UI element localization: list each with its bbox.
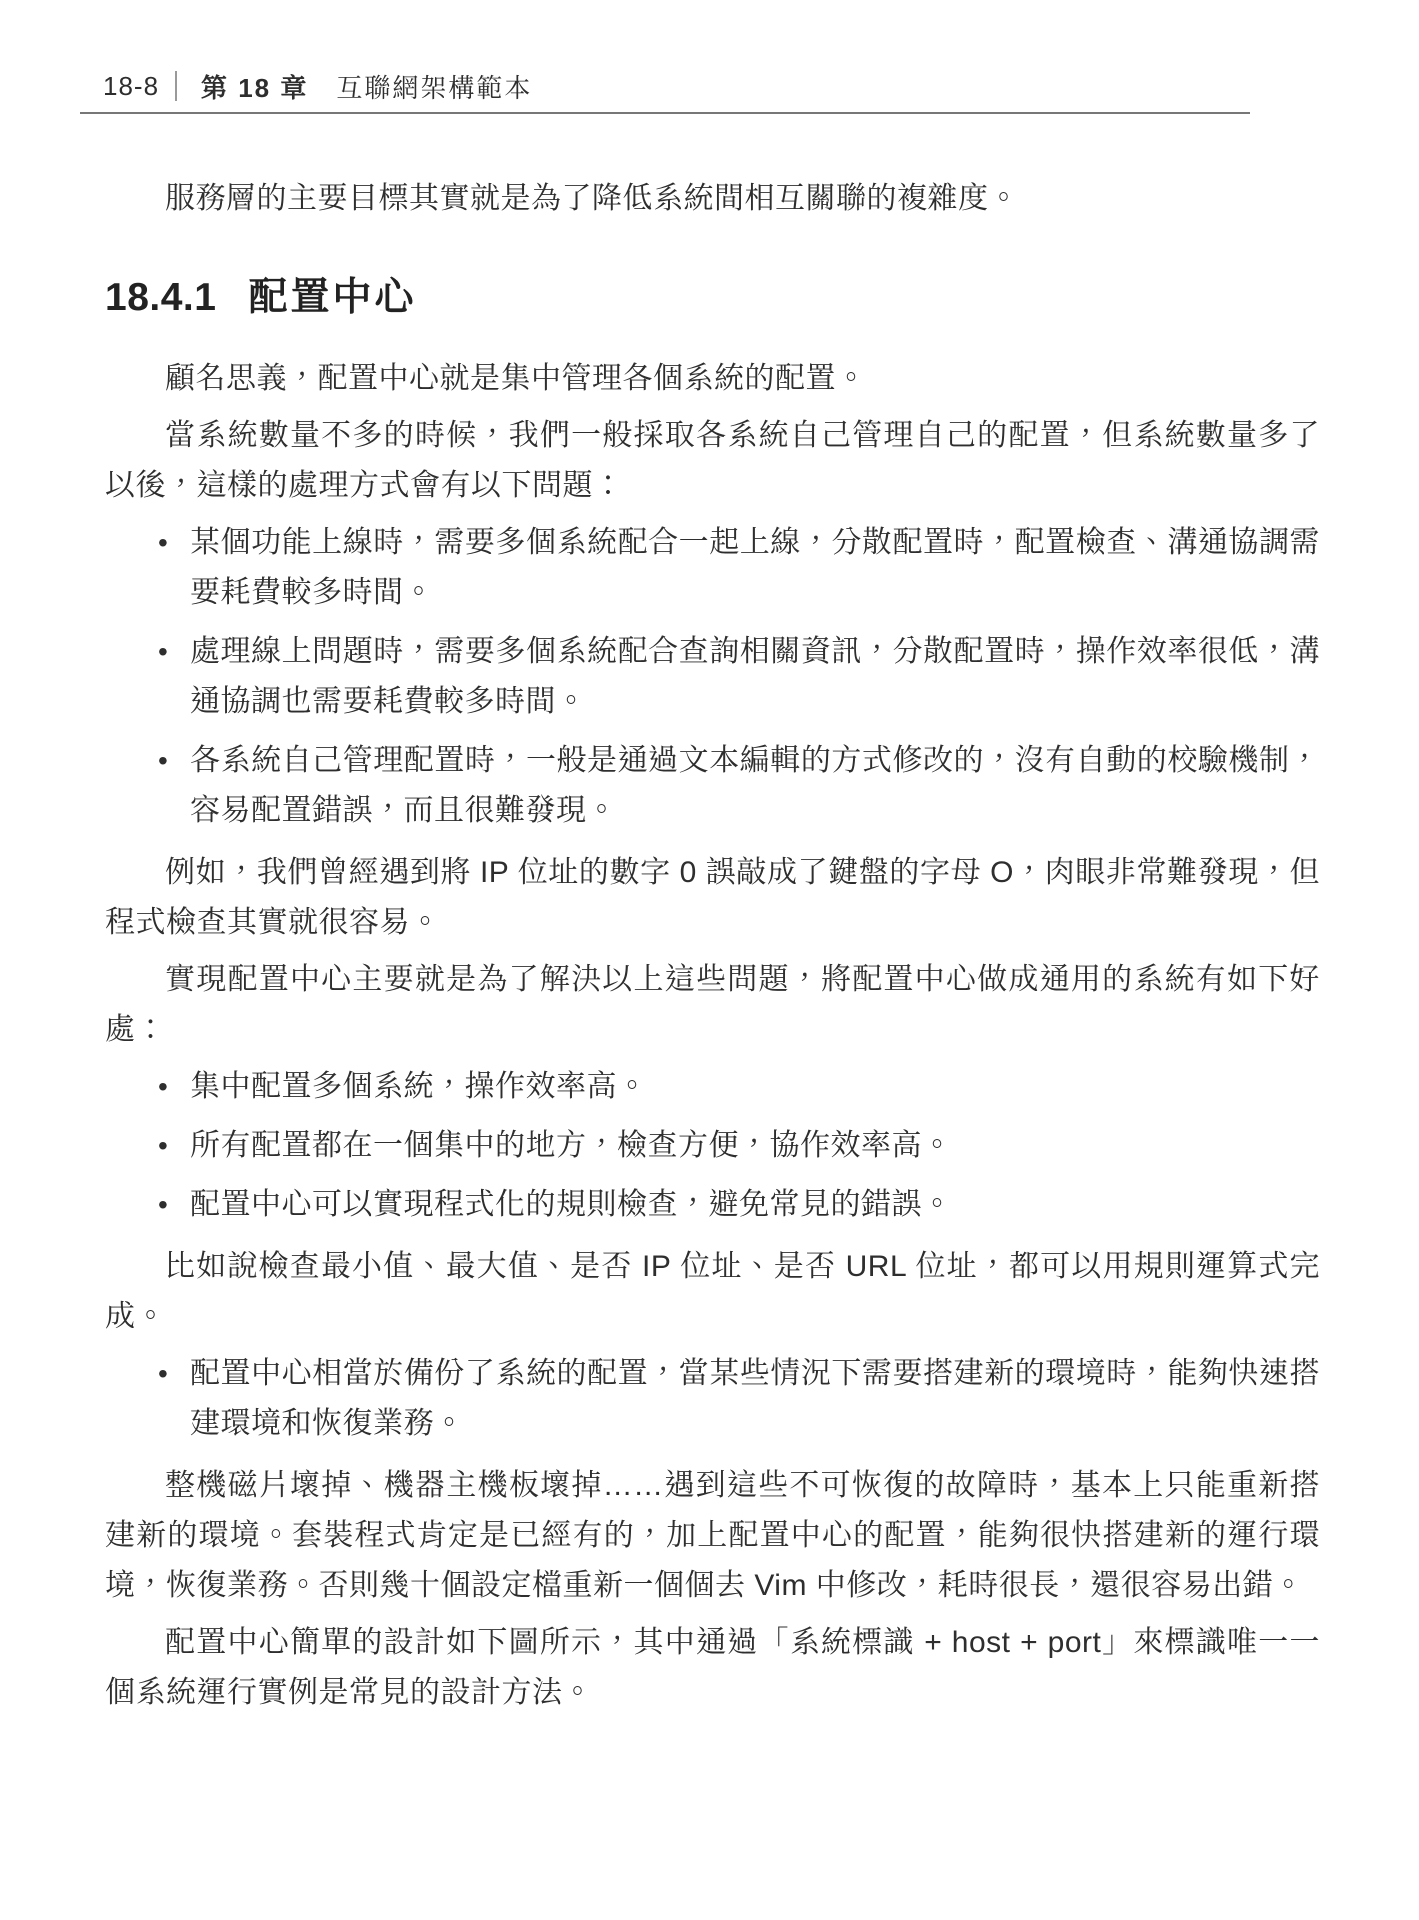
section-title: 配置中心 <box>248 272 416 324</box>
paragraph: 整機磁片壞掉、機器主機板壞掉……遇到這些不可恢復的故障時，基本上只能重新搭建新的… <box>105 1461 1320 1611</box>
book-page: 18-8 第 18 章 互聯網架構範本 服務層的主要目標其實就是為了降低系統間相… <box>0 0 1419 1920</box>
intro-paragraph: 服務層的主要目標其實就是為了降低系統間相互關聯的複雜度。 <box>105 174 1320 224</box>
chapter-title: 互聯網架構範本 <box>336 68 532 105</box>
paragraph: 實現配置中心主要就是為了解決以上這些問題，將配置中心做成通用的系統有如下好處： <box>105 955 1320 1055</box>
list-item: 處理線上問題時，需要多個系統配合查詢相關資訊，分散配置時，操作效率很低，溝通協調… <box>105 627 1320 727</box>
paragraph: 比如說檢查最小值、最大值、是否 IP 位址、是否 URL 位址，都可以用規則運算… <box>105 1242 1320 1342</box>
problems-list: 某個功能上線時，需要多個系統配合一起上線，分散配置時，配置檢查、溝通協調需要耗費… <box>105 518 1320 836</box>
chapter-label: 第 18 章 <box>201 68 308 105</box>
page-body: 服務層的主要目標其實就是為了降低系統間相互關聯的複雜度。 18.4.1 配置中心… <box>105 174 1320 1718</box>
list-item: 集中配置多個系統，操作效率高。 <box>105 1062 1320 1112</box>
list-item: 某個功能上線時，需要多個系統配合一起上線，分散配置時，配置檢查、溝通協調需要耗費… <box>105 518 1320 618</box>
header-rule <box>80 112 1250 114</box>
header-divider <box>175 71 177 101</box>
list-item: 所有配置都在一個集中的地方，檢查方便，協作效率高。 <box>105 1121 1320 1171</box>
section-heading: 18.4.1 配置中心 <box>105 272 1320 324</box>
paragraph: 例如，我們曾經遇到將 IP 位址的數字 0 誤敲成了鍵盤的字母 O，肉眼非常難發… <box>105 848 1320 948</box>
page-number: 18-8 <box>103 71 165 102</box>
paragraph: 當系統數量不多的時候，我們一般採取各系統自己管理自己的配置，但系統數量多了以後，… <box>105 411 1320 511</box>
list-item: 配置中心相當於備份了系統的配置，當某些情況下需要搭建新的環境時，能夠快速搭建環境… <box>105 1349 1320 1449</box>
section-number: 18.4.1 <box>105 272 216 324</box>
paragraph: 顧名思義，配置中心就是集中管理各個系統的配置。 <box>105 354 1320 404</box>
page-header: 18-8 第 18 章 互聯網架構範本 <box>103 68 1320 104</box>
backup-list: 配置中心相當於備份了系統的配置，當某些情況下需要搭建新的環境時，能夠快速搭建環境… <box>105 1349 1320 1449</box>
list-item: 配置中心可以實現程式化的規則檢查，避免常見的錯誤。 <box>105 1180 1320 1230</box>
list-item: 各系統自己管理配置時，一般是通過文本編輯的方式修改的，沒有自動的校驗機制，容易配… <box>105 736 1320 836</box>
paragraph: 配置中心簡單的設計如下圖所示，其中通過「系統標識 + host + port」來… <box>105 1618 1320 1718</box>
benefits-list: 集中配置多個系統，操作效率高。 所有配置都在一個集中的地方，檢查方便，協作效率高… <box>105 1062 1320 1230</box>
